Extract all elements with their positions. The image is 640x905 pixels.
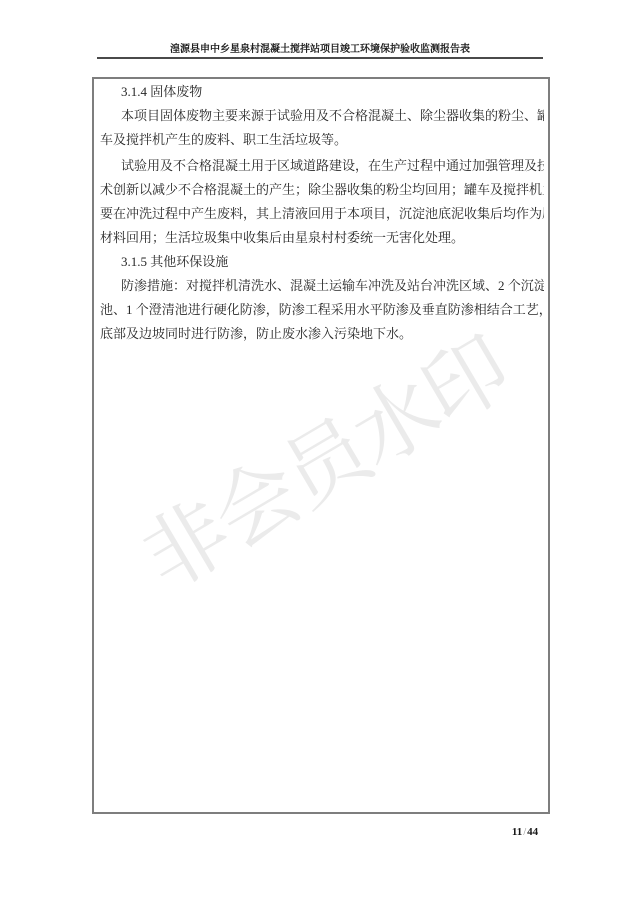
document-header-title: 湟源县申中乡星泉村混凝土搅拌站项目竣工环境保护验收监测报告表: [0, 40, 640, 55]
paragraph-line: 池、1 个澄清池进行硬化防渗，防渗工程采用水平防渗及垂直防渗相结合工艺，: [100, 298, 544, 322]
paragraph-solid-waste-disposal: 试验用及不合格混凝土用于区域道路建设，在生产过程中通过加强管理及技 术创新以减少…: [100, 154, 544, 250]
paragraph-line: 要在冲洗过程中产生废料，其上清液回用于本项目，沉淀池底泥收集后均作为原: [100, 202, 544, 226]
paragraph-line: 底部及边坡同时进行防渗，防止废水渗入污染地下水。: [100, 322, 544, 346]
paragraph-line: 试验用及不合格混凝土用于区域道路建设，在生产过程中通过加强管理及技: [100, 154, 544, 178]
document-page: 湟源县申中乡星泉村混凝土搅拌站项目竣工环境保护验收监测报告表 非会员水印 3.1…: [0, 0, 640, 905]
paragraph-line: 车及搅拌机产生的废料、职工生活垃圾等。: [100, 128, 544, 152]
paragraph-line: 材料回用；生活垃圾集中收集后由星泉村村委统一无害化处理。: [100, 226, 544, 250]
paragraph-seepage-control: 防渗措施：对搅拌机清洗水、混凝土运输车冲洗及站台冲洗区域、2 个沉淀 池、1 个…: [100, 274, 544, 346]
paragraph-line: 术创新以减少不合格混凝土的产生；除尘器收集的粉尘均回用；罐车及搅拌机主: [100, 178, 544, 202]
paragraph-line: 防渗措施：对搅拌机清洗水、混凝土运输车冲洗及站台冲洗区域、2 个沉淀: [100, 274, 544, 298]
paragraph-solid-waste-sources: 本项目固体废物主要来源于试验用及不合格混凝土、除尘器收集的粉尘、罐 车及搅拌机产…: [100, 104, 544, 152]
page-number-current: 11: [512, 826, 522, 838]
section-heading-314: 3.1.4 固体废物: [100, 80, 544, 104]
header-divider: [97, 57, 543, 59]
paragraph-line: 本项目固体废物主要来源于试验用及不合格混凝土、除尘器收集的粉尘、罐: [100, 104, 544, 128]
page-number-total: 44: [527, 826, 538, 838]
section-heading-315: 3.1.5 其他环保设施: [100, 250, 544, 274]
page-number: 11/44: [495, 826, 555, 838]
report-text-area: 3.1.4 固体废物 本项目固体废物主要来源于试验用及不合格混凝土、除尘器收集的…: [94, 79, 548, 346]
content-table-border: 3.1.4 固体废物 本项目固体废物主要来源于试验用及不合格混凝土、除尘器收集的…: [92, 77, 550, 814]
